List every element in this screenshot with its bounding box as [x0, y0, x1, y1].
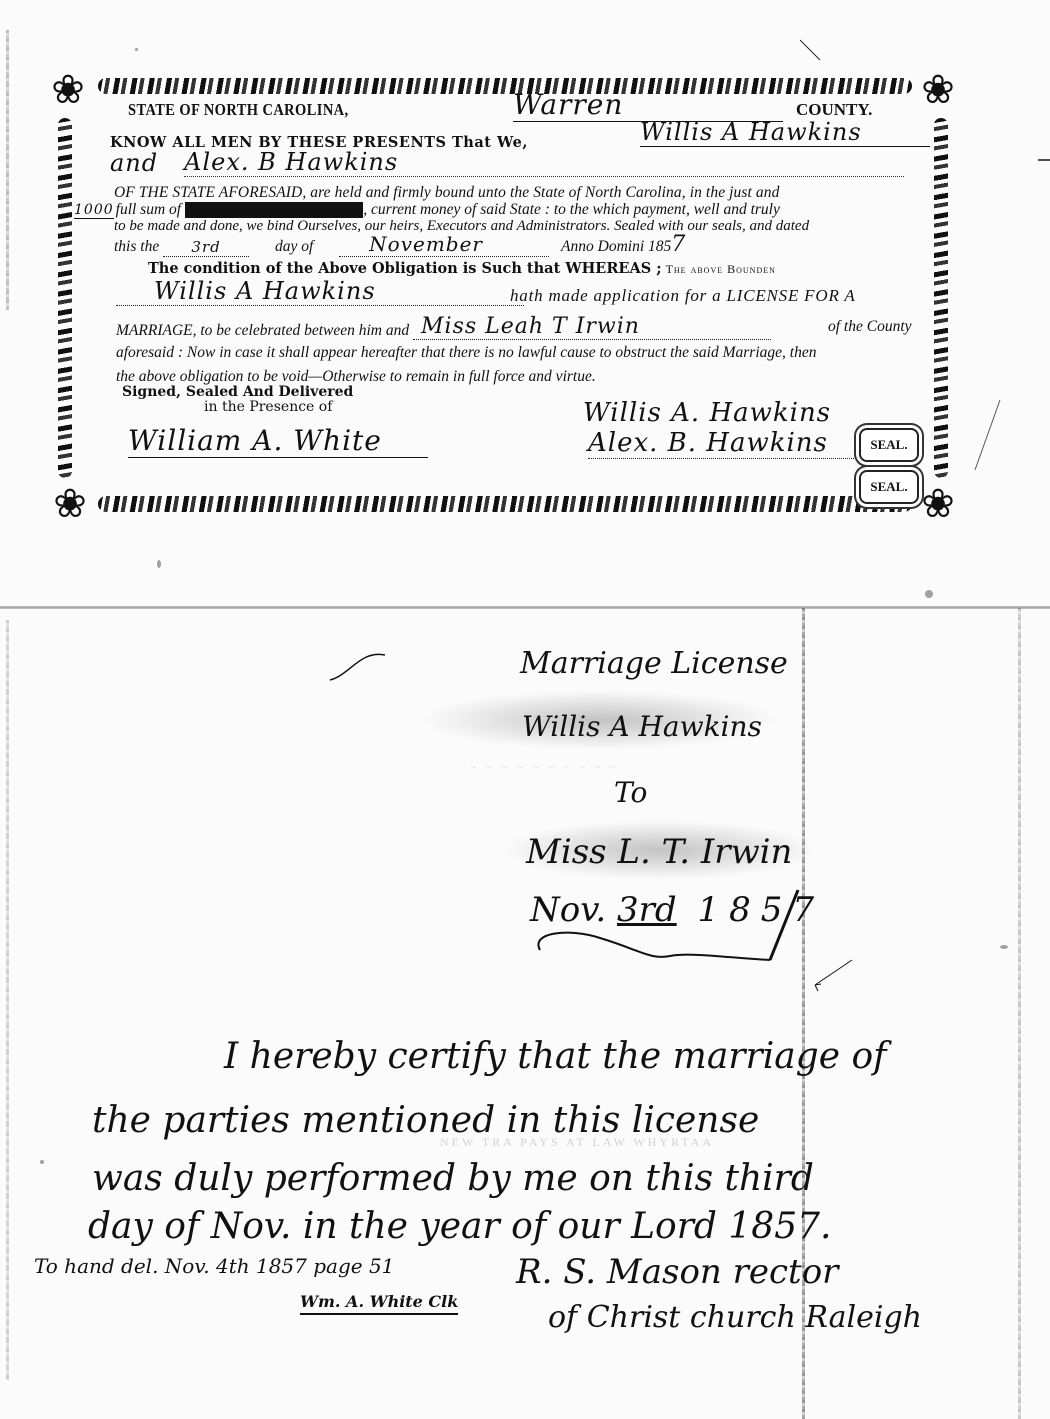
endorsement-bride: Miss L. T. Irwin	[526, 832, 792, 872]
signature-1: Willis A. Hawkins	[583, 398, 831, 428]
county-value: Warren	[513, 88, 783, 122]
this-the: this the	[114, 238, 159, 255]
state-heading-row: STATE OF NORTH CAROLINA,	[128, 100, 388, 120]
ribbon-border-bottom	[98, 496, 912, 512]
endorsement-groom: Willis A Hawkins	[522, 710, 762, 743]
flourish-underline	[530, 920, 830, 1000]
body-line-1: OF THE STATE AFORESAID, are held and fir…	[114, 184, 779, 202]
month-value: November	[339, 232, 549, 257]
bondsman-2-name: Alex. B Hawkins	[184, 148, 904, 177]
bride-name: Miss Leah T Irwin	[413, 314, 771, 340]
county-label: COUNTY.	[796, 100, 872, 120]
clerk-note-line-2: Wm. A. White Clk	[300, 1292, 458, 1315]
ribbon-border-top	[98, 78, 912, 94]
certificate-line-4: day of Nov. in the year of our Lord 1857…	[88, 1206, 831, 1247]
above-bounden: The above Bounden	[666, 262, 776, 276]
and-word: and	[110, 149, 158, 177]
bondsman-2-row: and Alex. B Hawkins	[110, 148, 904, 177]
of-the-county: of the County	[828, 318, 912, 336]
marriage-row: MARRIAGE, to be celebrated between him a…	[116, 314, 771, 340]
corner-ornament-icon: ❀	[48, 482, 92, 526]
bondsman-1-field: Willis A Hawkins	[640, 118, 930, 147]
rector-church: of Christ church Raleigh	[548, 1300, 922, 1335]
signed-label: Signed, Sealed And Delivered	[122, 384, 353, 400]
endorsement-title: Marriage License	[520, 646, 788, 681]
ribbon-border-left	[58, 118, 72, 478]
full-sum-prefix: full sum of	[116, 201, 181, 218]
state-heading: STATE OF NORTH CAROLINA,	[128, 100, 349, 120]
day-of: day of	[275, 238, 313, 255]
body-line-2-suffix: , current money of said State : to the w…	[363, 201, 780, 218]
county-field: Warren	[513, 88, 783, 122]
date-row: this the 3rd day of November Anno Domini…	[114, 232, 686, 257]
struck-sum: FIVE HUNDRED POUNDS	[185, 202, 363, 218]
certificate-line-3: was duly performed by me on this third	[92, 1158, 814, 1199]
corner-ornament-icon: ❀	[916, 482, 960, 526]
presence-label: in the Presence of	[204, 399, 332, 415]
signature-2: Alex. B. Hawkins	[588, 428, 858, 459]
marriage-prefix: MARRIAGE, to be celebrated between him a…	[116, 322, 409, 339]
witness-signature: William A. White	[128, 424, 428, 458]
anno-domini: Anno Domini 185	[561, 238, 671, 255]
certificate-line-2: the parties mentioned in this license	[92, 1100, 759, 1141]
certificate-line-1: I hereby certify that the marriage of	[224, 1036, 886, 1077]
endorsement-to: To	[614, 776, 647, 809]
ribbon-border-right	[934, 118, 948, 478]
corner-ornament-icon: ❀	[916, 68, 960, 112]
applicant-row: Willis A Hawkins	[116, 277, 524, 306]
seal-1: SEAL.	[859, 428, 919, 462]
application-text: hath made application for a LICENSE FOR …	[510, 286, 856, 306]
condition-row: The condition of the Above Obligation is…	[148, 260, 776, 278]
corner-ornament-icon: ❀	[46, 68, 90, 112]
applicant-name: Willis A Hawkins	[116, 277, 524, 306]
year-digit: 7	[671, 232, 686, 257]
margin-amount: 1000	[74, 202, 114, 219]
body-line-2: 1000full sum of FIVE HUNDRED POUNDS, cur…	[74, 201, 780, 219]
clerk-note-line-1: To hand del. Nov. 4th 1857 page 51	[34, 1254, 394, 1278]
bondsman-1-name: Willis A Hawkins	[640, 118, 930, 147]
aforesaid-line: aforesaid : Now in case it shall appear …	[116, 344, 816, 362]
seal-2: SEAL.	[859, 470, 919, 504]
condition-line: The condition of the Above Obligation is…	[148, 260, 662, 277]
day-value: 3rd	[163, 238, 249, 257]
marriage-bond-form: ❀ ❀ ❀ ❀ STATE OF NORTH CAROLINA, Warren …	[58, 78, 952, 518]
